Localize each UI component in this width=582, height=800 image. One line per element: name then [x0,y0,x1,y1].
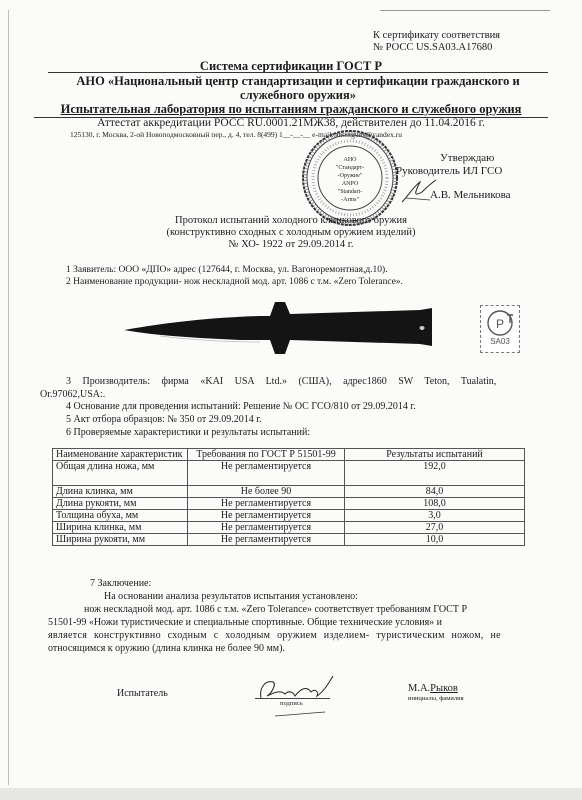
knife-photo [120,298,450,358]
tester-label: Испытатель [117,688,168,699]
conclusion-intro: На основании анализа результатов испытан… [104,591,358,602]
product-line: 2 Наименование продукции- нож нескладной… [66,277,403,287]
approval-position: Руководитель ИЛ ГСО [396,165,502,177]
protocol-number: № ХО- 1922 от 29.09.2014 г. [0,239,582,251]
signature-caption: подпись [280,700,303,707]
table-row: Толщина обуха, мм Не регламентируется 3,… [53,510,525,522]
approval-heading: Утверждаю [440,152,494,164]
certificate-reference: К сертификату соответствия № РОСС US.SA0… [373,30,500,54]
protocol-subtitle: (конструктивно сходных с холодным оружие… [0,227,582,239]
stamp-text-line: -Оружие" [338,173,363,179]
tester-name: М.А.Рыков [408,683,458,694]
protocol-document: К сертификату соответствия № РОСС US.SA0… [0,0,582,800]
cell-result: 27,0 [345,522,525,534]
gost-mark-code: SA03 [481,337,519,346]
protocol-title: Протокол испытаний холодного клинкового … [0,215,582,227]
cell-characteristic: Общая длина ножа, мм [53,461,188,486]
applicant-line: 1 Заявитель: ООО «ДПО» адрес (127644, г.… [66,265,388,275]
stamp-text-line: ANPO [342,181,359,187]
header-result: Результаты испытаний [345,449,525,461]
cell-requirement: Не регламентируется [188,510,345,522]
cell-characteristic: Толщина обуха, мм [53,510,188,522]
cell-result: 10,0 [345,534,525,546]
name-caption: инициалы, фамилия [408,695,464,702]
stamp-text-line: "Standart- [338,189,362,195]
manufacturer-line-cont: Or.97062,USA:. [40,389,105,400]
table-header-row: Наименование характеристик Требования по… [53,449,525,461]
manufacturer-line: 3 Производитель: фирма «KAI USA Ltd.» (С… [66,376,496,387]
sampling-act-line: 5 Акт отбора образцов: № 350 от 29.09.20… [66,414,262,425]
stamp-text-line: -Arms" [341,197,359,203]
gost-rst-icon: Р [485,309,515,337]
organization-name: АНО «Национальный центр стандартизации и… [48,72,548,102]
conclusion-text-line: является конструктивно сходным с холодны… [48,630,501,641]
tester-initials: М.А. [408,683,430,694]
cell-requirement: Не регламентируется [188,461,345,486]
table-row: Общая длина ножа, мм Не регламентируется… [53,461,525,486]
signature-line [255,698,330,699]
tester-surname: Рыков [430,683,458,694]
cell-requirement: Не более 90 [188,486,345,498]
test-basis-line: 4 Основание для проведения испытаний: Ре… [66,401,416,412]
table-row: Ширина рукояти, мм Не регламентируется 1… [53,534,525,546]
table-row: Длина клинка, мм Не более 90 84,0 [53,486,525,498]
conclusion-text-line: относящимся к оружию (длина клинка не бо… [48,643,285,654]
checked-characteristics-line: 6 Проверяемые характеристики и результат… [66,427,310,438]
cell-requirement: Не регламентируется [188,534,345,546]
cell-characteristic: Ширина клинка, мм [53,522,188,534]
organization-stamp: АНО "Стандарт- -Оружие" ANPO "Standart- … [300,128,400,228]
tester-signature [255,668,345,718]
cell-characteristic: Длина клинка, мм [53,486,188,498]
conclusion-title: 7 Заключение: [90,578,151,589]
cell-characteristic: Ширина рукояти, мм [53,534,188,546]
svg-text:Р: Р [496,317,504,331]
scan-top-line [380,10,550,11]
table-row: Ширина клинка, мм Не регламентируется 27… [53,522,525,534]
cell-result: 192,0 [345,461,525,486]
cell-characteristic: Длина рукояти, мм [53,498,188,510]
conclusion-text-line: 51501-99 «Ножи туристические и специальн… [48,617,442,628]
cell-result: 108,0 [345,498,525,510]
gost-conformity-mark: Р SA03 [480,305,520,353]
cell-requirement: Не регламентируется [188,498,345,510]
conclusion-text-line: нож нескладной мод. арт. 1086 с т.м. «Ze… [84,604,467,615]
header-characteristic: Наименование характеристик [53,449,188,461]
accreditation-line: Аттестат аккредитации РОСС RU.0001.21МЖ3… [0,117,582,129]
approver-name: А.В. Мельникова [430,189,511,201]
stamp-text-line: "Стандарт- [336,165,364,171]
cell-result: 84,0 [345,486,525,498]
header-requirement: Требования по ГОСТ Р 51501-99 [188,449,345,461]
laboratory-name: Испытательная лаборатория по испытаниям … [34,102,548,118]
table-row: Длина рукояти, мм Не регламентируется 10… [53,498,525,510]
certificate-reference-line1: К сертификату соответствия [373,30,500,42]
stamp-text-line: АНО [344,157,358,163]
certificate-number: № РОСС US.SA03.A17680 [373,42,500,54]
scan-bottom-shade [0,788,582,800]
cell-result: 3,0 [345,510,525,522]
results-table: Наименование характеристик Требования по… [52,448,525,546]
cell-requirement: Не регламентируется [188,522,345,534]
